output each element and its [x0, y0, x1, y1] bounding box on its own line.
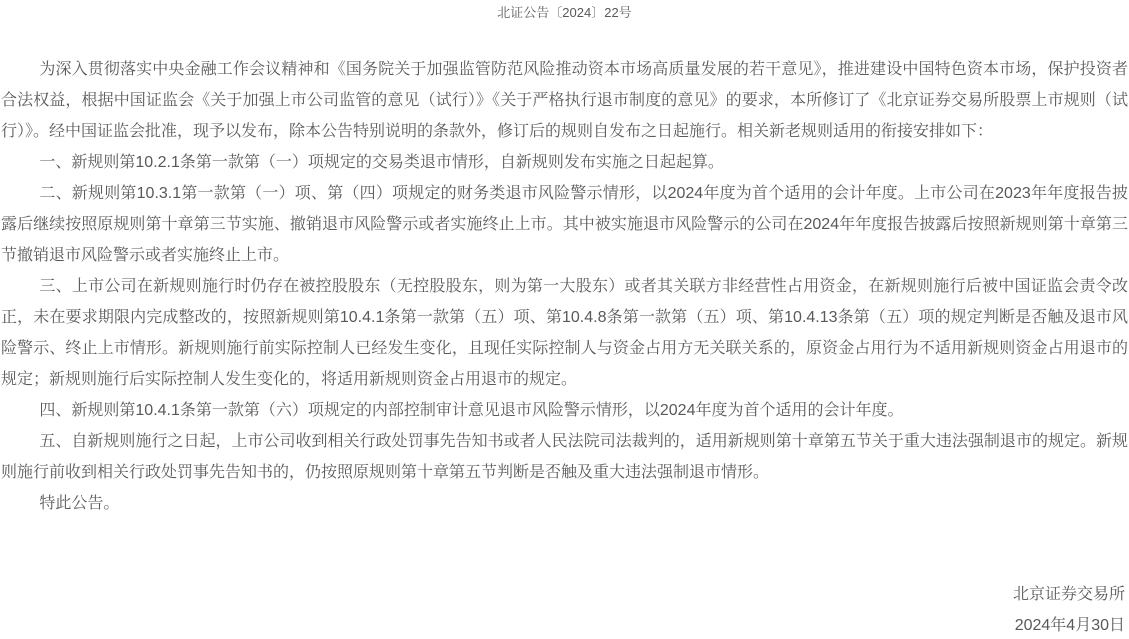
paragraph-closing: 特此公告。 — [0, 488, 1129, 519]
paragraph-item-1: 一、新规则第10.2.1条第一款第（一）项规定的交易类退市情形，自新规则发布实施… — [0, 147, 1129, 178]
paragraph-item-5: 五、自新规则施行之日起，上市公司收到相关行政处罚事先告知书或者人民法院司法裁判的… — [0, 426, 1129, 488]
paragraph-item-2: 二、新规则第10.3.1第一款第（一）项、第（四）项规定的财务类退市风险警示情形… — [0, 178, 1129, 271]
paragraph-item-3: 三、上市公司在新规则施行时仍存在被控股股东（无控股股东，则为第一大股东）或者其关… — [0, 271, 1129, 395]
issuer-signature: 北京证券交易所 — [0, 579, 1125, 610]
paragraph-item-4: 四、新规则第10.4.1条第一款第（六）项规定的内部控制审计意见退市风险警示情形… — [0, 395, 1129, 426]
signature-block: 北京证券交易所 2024年4月30日 — [0, 579, 1129, 639]
issue-date: 2024年4月30日 — [0, 610, 1125, 639]
announcement-document: 北证公告〔2024〕22号 为深入贯彻落实中央金融工作会议精神和《国务院关于加强… — [0, 0, 1129, 639]
paragraph-intro: 为深入贯彻落实中央金融工作会议精神和《国务院关于加强监管防范风险推动资本市场高质… — [0, 54, 1129, 147]
announcement-body: 为深入贯彻落实中央金融工作会议精神和《国务院关于加强监管防范风险推动资本市场高质… — [0, 54, 1129, 519]
doc-number: 北证公告〔2024〕22号 — [0, 0, 1129, 20]
